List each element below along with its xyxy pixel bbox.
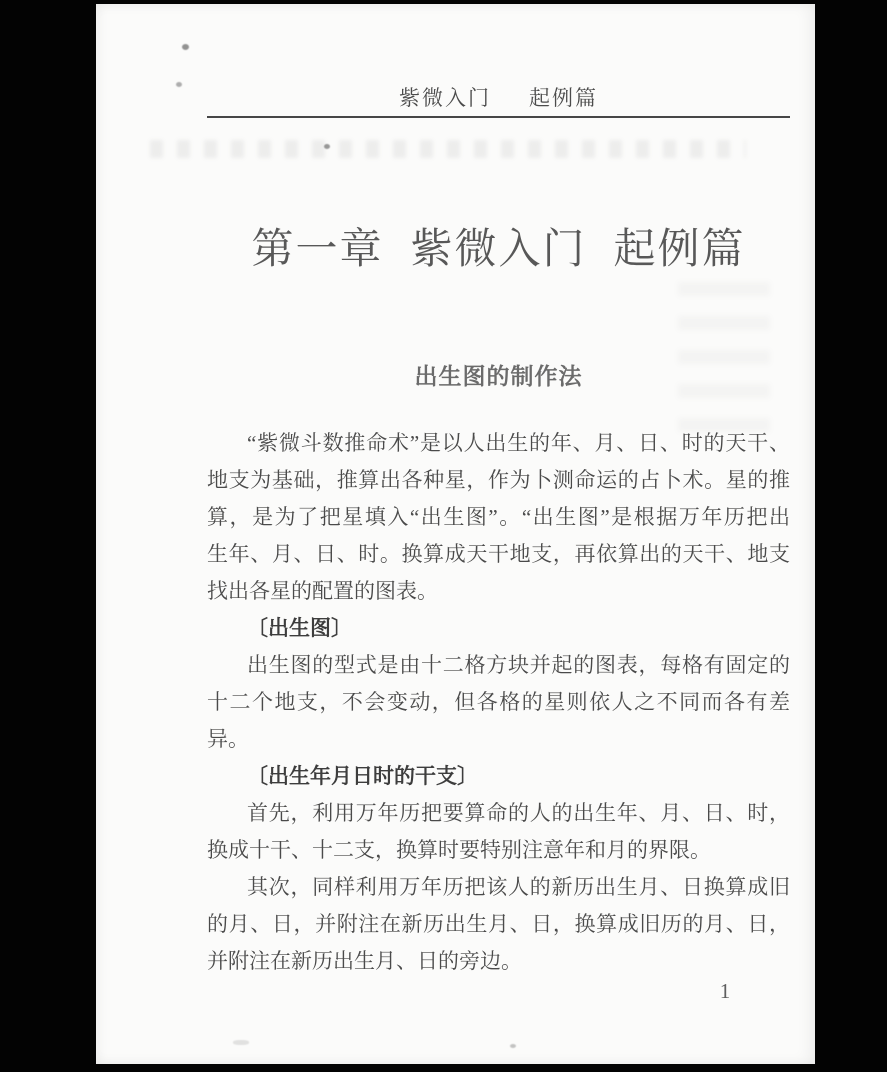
chapter-number: 第一章 [251, 216, 383, 276]
scan-artifact-speck [182, 44, 189, 50]
scan-artifact-speck [510, 1044, 516, 1048]
text-line: 地支为基础，推算出各种星，作为卜测命运的占卜术。星的推 [207, 462, 790, 499]
body-text: “紫微斗数推命术”是以人出生的年、月、日、时的天干、 地支为基础，推算出各种星，… [207, 425, 790, 980]
page-number: 1 [710, 979, 740, 1004]
header-rule-divider [207, 116, 790, 118]
text-line: 生年、月、日、时。换算成天干地支，再依算出的天干、地支 [207, 536, 790, 573]
scanned-page-screen: 紫微入门 起例篇 第一章 紫微入门 起例篇 出生图的制作法 “紫微斗数推命术”是… [0, 0, 887, 1072]
text-line: 算，是为了把星填入“出生图”。“出生图”是根据万年历把出 [207, 499, 790, 536]
text-line: 并附注在新历出生月、日的旁边。 [207, 943, 790, 980]
scan-artifact-speck [324, 144, 330, 149]
text-line: 找出各星的配置的图表。 [207, 573, 790, 610]
scan-artifact-speck [233, 1040, 249, 1045]
running-head-book-title: 紫微入门 [399, 82, 491, 112]
text-line: 异。 [207, 721, 790, 758]
running-head: 紫微入门 起例篇 [207, 82, 790, 112]
chapter-name: 紫微入门 [410, 216, 586, 276]
text-line: 其次，同样利用万年历把该人的新历出生月、日换算成旧 [207, 869, 790, 906]
subsection-header: 〔出生年月日时的干支〕 [207, 758, 790, 795]
chapter-subname: 起例篇 [614, 216, 746, 276]
text-line: 的月、日，并附注在新历出生月、日，换算成旧历的月、日， [207, 906, 790, 943]
book-page: 紫微入门 起例篇 第一章 紫微入门 起例篇 出生图的制作法 “紫微斗数推命术”是… [96, 4, 815, 1064]
scan-artifact-speck [176, 82, 182, 87]
text-line: 换成十干、十二支，换算时要特别注意年和月的界限。 [207, 832, 790, 869]
text-line: 十二个地支，不会变动，但各格的星则依人之不同而各有差 [207, 684, 790, 721]
chapter-title: 第一章 紫微入门 起例篇 [207, 216, 790, 276]
scan-artifact-bleedthrough-column [678, 282, 770, 447]
text-line: 出生图的型式是由十二格方块并起的图表，每格有固定的 [207, 647, 790, 684]
scan-artifact-bleedthrough-line [150, 140, 746, 158]
subsection-header: 〔出生图〕 [207, 610, 790, 647]
running-head-section-title: 起例篇 [529, 82, 598, 112]
text-line: 首先，利用万年历把要算命的人的出生年、月、日、时， [207, 795, 790, 832]
